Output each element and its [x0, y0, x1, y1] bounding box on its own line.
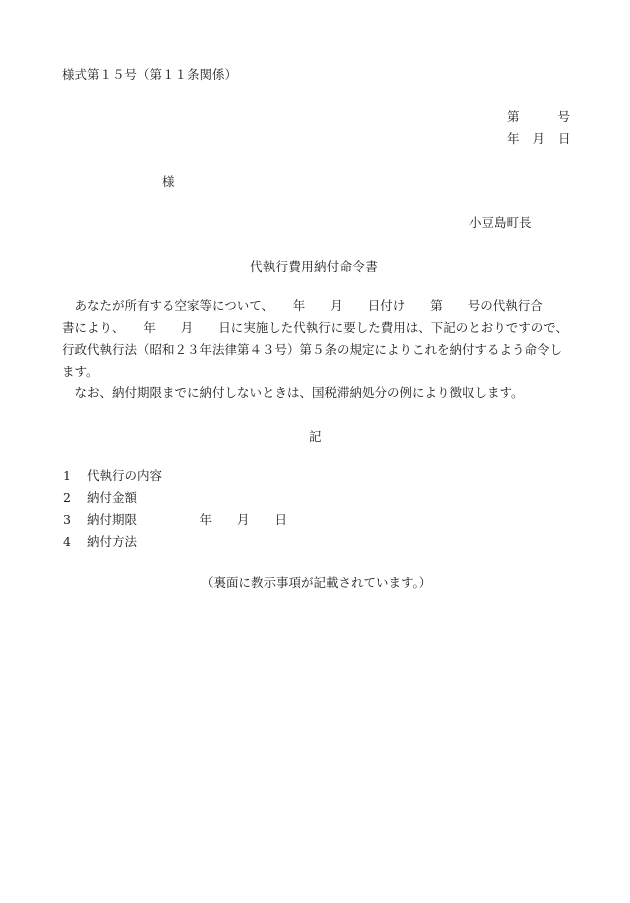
document-title: 代執行費用納付命令書: [250, 261, 378, 274]
form-number: 様式第１５号（第１１条関係）: [62, 69, 237, 82]
sender-name: 小豆島町長: [469, 217, 532, 230]
body-line-4: ます。: [62, 366, 582, 379]
doc-number-prefix: 第: [507, 109, 520, 124]
item-number: 3: [63, 514, 87, 527]
date-year: 年: [507, 131, 520, 146]
item-label: 納付金額: [87, 490, 137, 505]
payment-deadline-date: 年 月 日: [137, 514, 287, 527]
body-line-1: あなたが所有する空家等について、 年 月 日付け 第 号の代執行合: [62, 300, 582, 313]
list-item: 3納付期限 年 月 日: [63, 514, 287, 527]
list-item: 4納付方法: [63, 536, 137, 549]
date-month: 月: [533, 131, 546, 146]
ki-heading: 記: [309, 431, 322, 444]
body-line-2: 書により、 年 月 日に実施した代執行に要した費用は、下記のとおりですので、: [62, 322, 582, 335]
body-line-3: 行政代執行法（昭和２３年法律第４３号）第５条の規定によりこれを納付するよう命令し: [62, 344, 582, 357]
document-number: 第号: [507, 111, 570, 124]
item-number: 4: [63, 536, 87, 549]
reverse-side-note: （裏面に教示事項が記載されています。）: [201, 577, 431, 590]
item-label: 代執行の内容: [87, 468, 162, 483]
doc-number-suffix: 号: [558, 109, 571, 124]
issue-date: 年月日: [507, 133, 571, 146]
list-item: 1代執行の内容: [63, 470, 162, 483]
item-number: 2: [63, 492, 87, 505]
date-day: 日: [558, 131, 571, 146]
body-line-5: なお、納付期限までに納付しないときは、国税滞納処分の例により徴収します。: [62, 387, 582, 400]
addressee: 様: [162, 176, 175, 189]
item-number: 1: [63, 470, 87, 483]
item-label: 納付期限: [87, 512, 137, 527]
list-item: 2納付金額: [63, 492, 137, 505]
item-label: 納付方法: [87, 534, 137, 549]
